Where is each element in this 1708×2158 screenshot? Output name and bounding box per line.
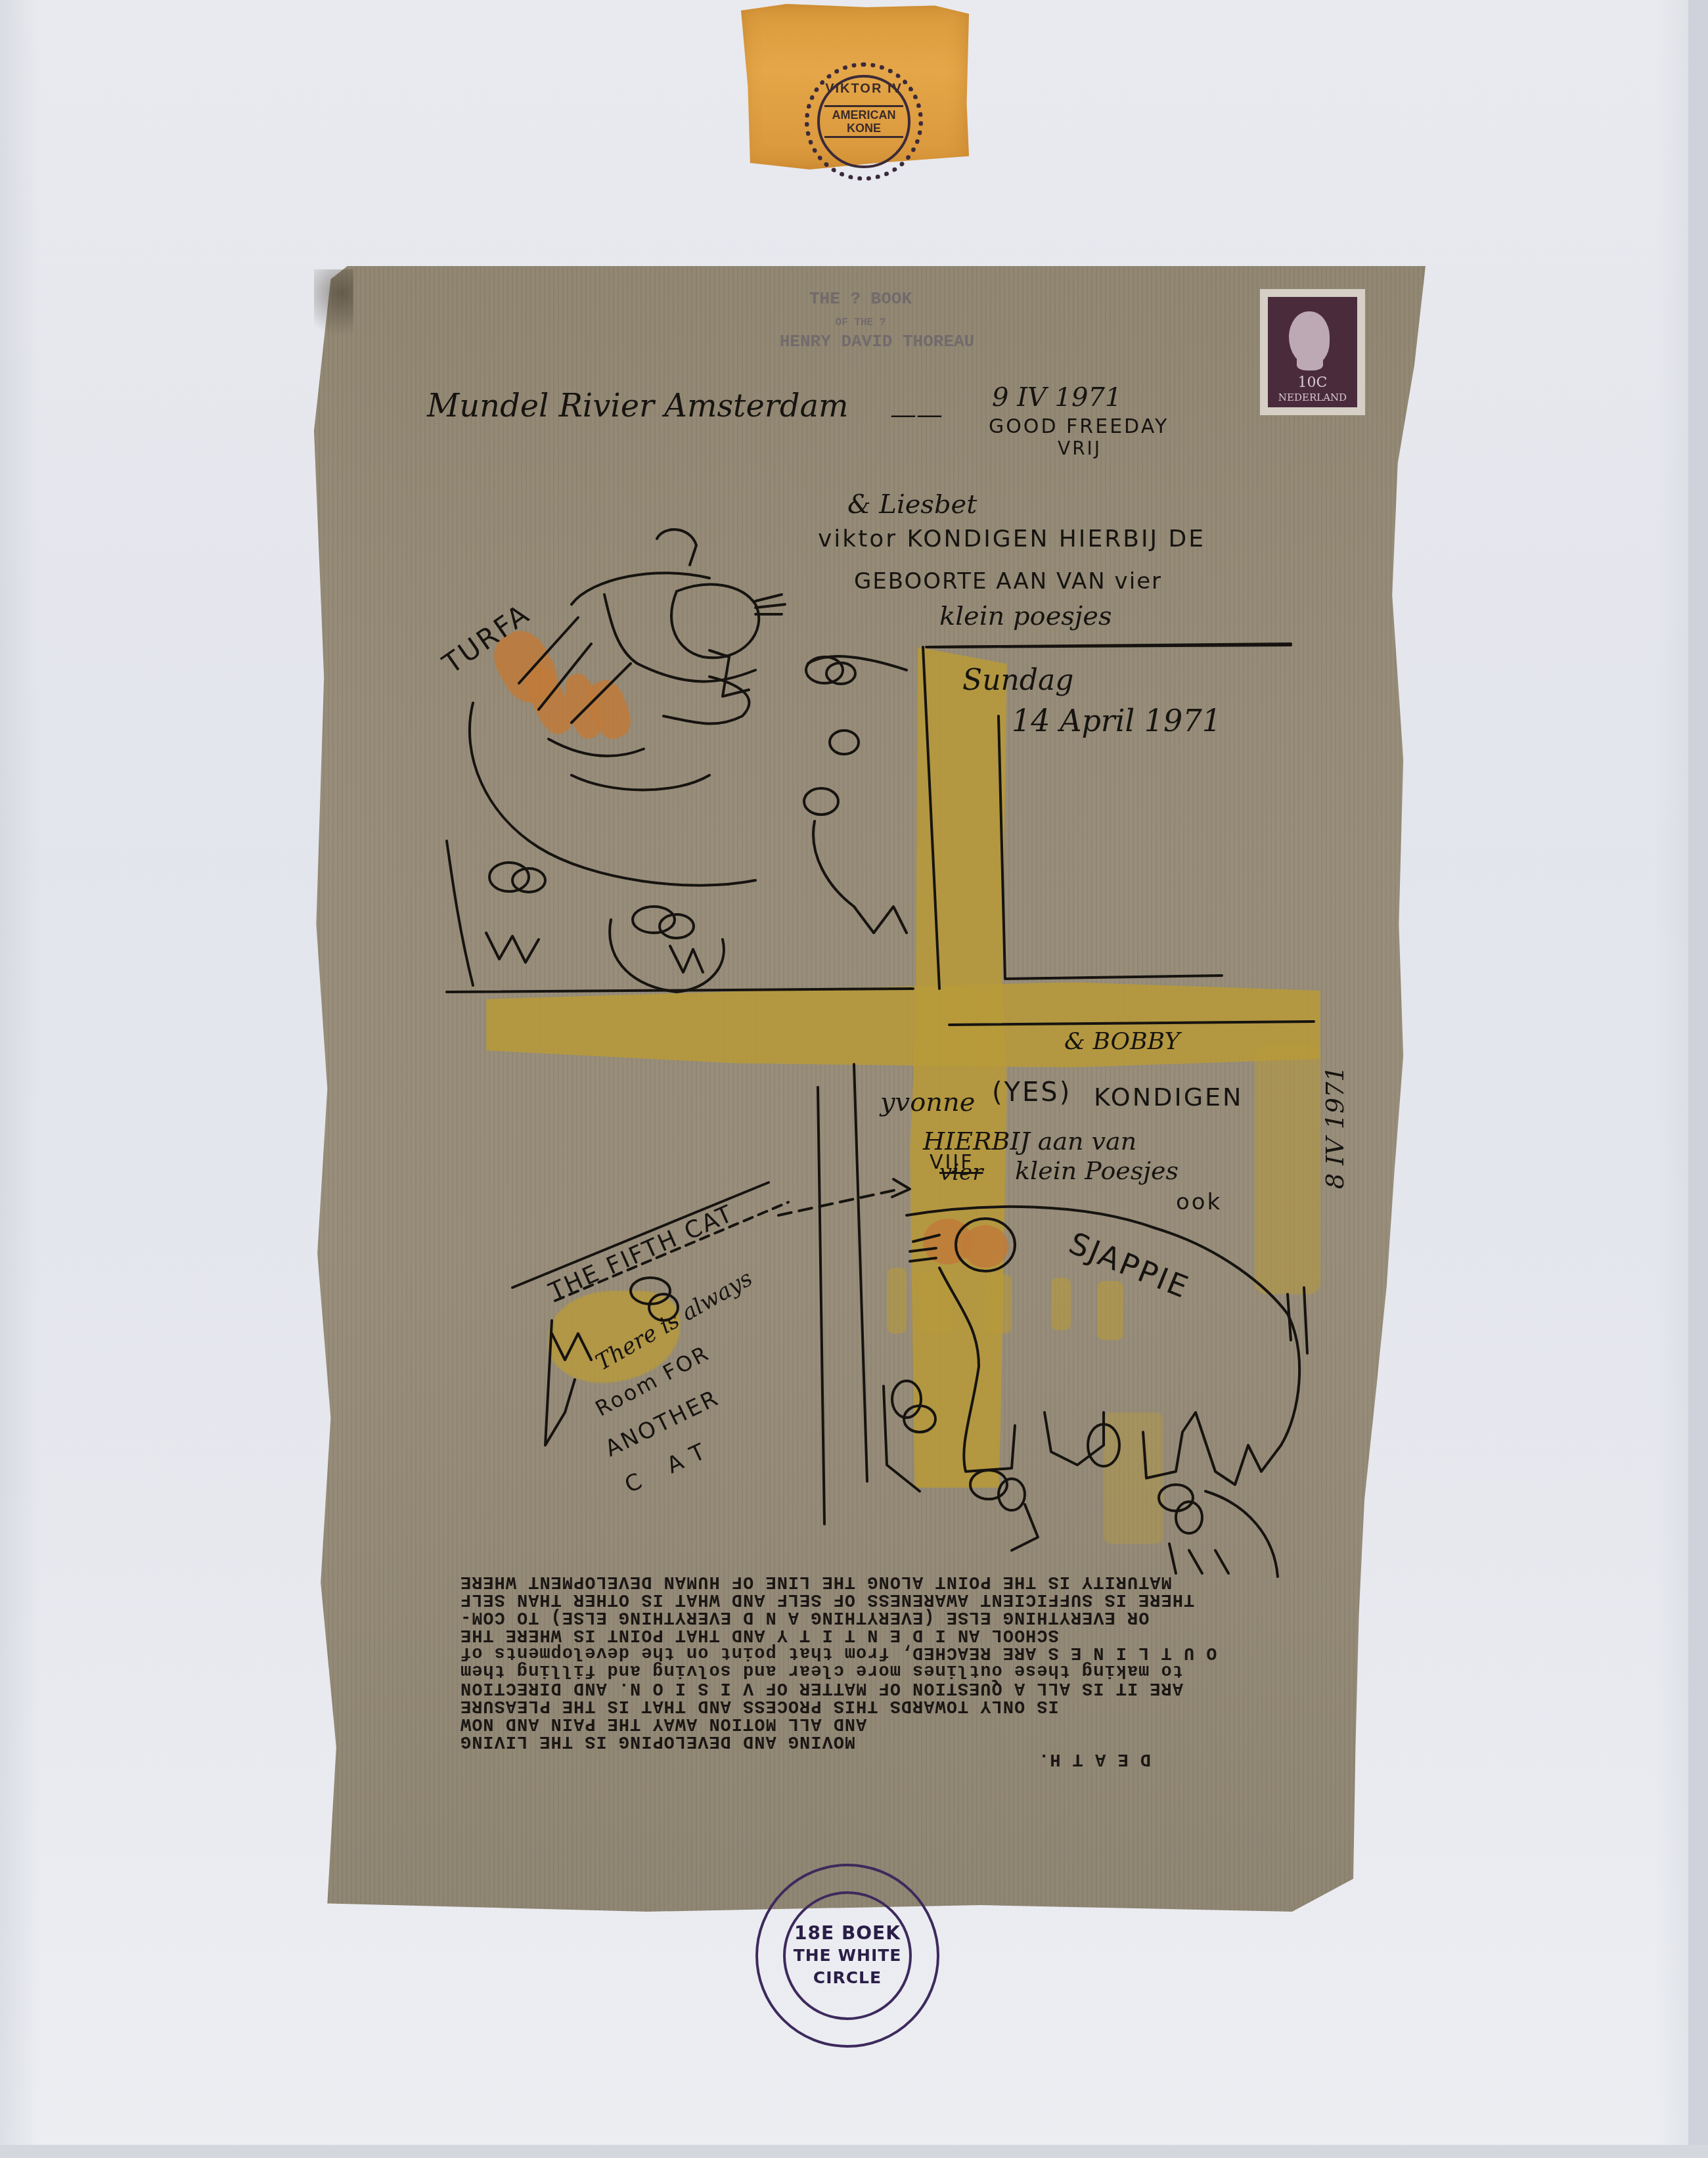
header-note-vrij: VRIJ — [1058, 438, 1102, 459]
mirrored-typewritten-text: D E A T H. MOVING AND DEVELOPING IS THE … — [460, 1491, 1294, 1767]
side-date: 8 IV 1971 — [1320, 1066, 1349, 1190]
header-dash: —— — [890, 399, 943, 430]
paper-corner-stain — [314, 269, 353, 348]
postage-country: NEDERLAND — [1268, 392, 1357, 403]
top-announcement-line-1: viktor KONDIGEN HIERBIJ DE — [818, 526, 1205, 552]
header-place: Mundel Rivier Amsterdam — [427, 388, 849, 424]
postage-value: 10C — [1268, 374, 1357, 391]
bottom-announcement-vijf: VIJF — [930, 1151, 974, 1174]
letterhead-line-3: HENRY DAVID THOREAU — [706, 332, 1048, 351]
typed-line: ARE IT IS ALL A QUESTION OF MATTER OF V … — [460, 1678, 1294, 1696]
typed-line: MOVING AND DEVELOPING IS THE LIVING — [460, 1732, 1294, 1749]
mount-bottom-edge — [0, 2145, 1708, 2158]
yellow-paint-dab — [1051, 1278, 1071, 1330]
queen-portrait-neck — [1297, 357, 1323, 371]
mount-right-edge — [1688, 0, 1708, 2158]
postage-stamp-face: 10C NEDERLAND — [1268, 297, 1357, 407]
bottom-announcement-yes: (YES) — [992, 1077, 1071, 1108]
bottom-announcement-kondigen: KONDIGEN — [1094, 1083, 1244, 1112]
bottom-announcement-line-3: klein Poesjes — [1015, 1156, 1179, 1185]
viktor-seal-stamp: VIKTOR IV AMERICAN KONE — [805, 62, 923, 181]
stamp-line-3: CIRCLE — [813, 1967, 882, 1989]
white-circle-stamp-inner: 18E BOEK THE WHITE CIRCLE — [783, 1891, 912, 2020]
yellow-paint-dab — [985, 1274, 1012, 1334]
bottom-announcement-ook: ook — [1176, 1189, 1222, 1215]
typed-line: THERE IS SUFFICIENT AWARENESS OF SELF AN… — [460, 1590, 1294, 1607]
typed-line: D E A T H. — [460, 1749, 1294, 1767]
top-announcement-line-0: & Liesbet — [847, 489, 977, 520]
typed-line: OR EVERYTHING ELSE (EVERYTHING A N D EVE… — [460, 1607, 1294, 1625]
bottom-announcement-line-0: & BOBBY — [1064, 1028, 1180, 1055]
letterhead-line-1: THE ? BOOK — [723, 289, 999, 309]
yellow-paint-vertical-bar — [910, 647, 1007, 1488]
orange-paint-cat-head — [962, 1225, 1008, 1268]
stamp-line-2: THE WHITE — [794, 1944, 902, 1967]
top-announcement-line-3: klein poesjes — [939, 601, 1112, 631]
top-date-day: Sundag — [962, 663, 1073, 697]
typed-line: to making these outlines more clear and … — [460, 1661, 1294, 1678]
typed-line: SCHOOL AN I D E N T I T Y AND THAT POINT… — [460, 1625, 1294, 1643]
typed-line: AND ALL MOTION AWAY THE PAIN AND NOW — [460, 1714, 1294, 1732]
yellow-paint-right-stain — [1255, 1045, 1320, 1294]
top-announcement-line-2: GEBOORTE AAN VAN vier — [854, 568, 1162, 595]
stamp-line-1: 18E BOEK — [794, 1922, 901, 1944]
header-date: 9 IV 1971 — [992, 382, 1121, 413]
letterhead-line-2: OF THE ? — [749, 317, 972, 328]
yellow-paint-dab — [887, 1268, 907, 1334]
postage-stamp: 10C NEDERLAND — [1260, 289, 1365, 415]
header-note-good-freeday: GOOD FREEDAY — [989, 415, 1169, 438]
bottom-announcement-name: yvonne — [880, 1087, 975, 1117]
yellow-paint-dab — [920, 1271, 953, 1334]
white-circle-stamp: 18E BOEK THE WHITE CIRCLE — [755, 1864, 939, 2048]
yellow-paint-dab — [1097, 1281, 1123, 1340]
seal-ring-text: VIKTOR IV — [809, 81, 918, 97]
top-date-full: 14 April 1971 — [1012, 703, 1221, 738]
typed-line: MATURITY IS THE POINT ALONG THE LINE OF … — [460, 1572, 1294, 1590]
typed-line: IS ONLY TOWARDS THIS PROCESS AND THAT IS… — [460, 1696, 1294, 1714]
typed-line: O U T L I N E S ARE REACHED, from that p… — [460, 1643, 1294, 1661]
